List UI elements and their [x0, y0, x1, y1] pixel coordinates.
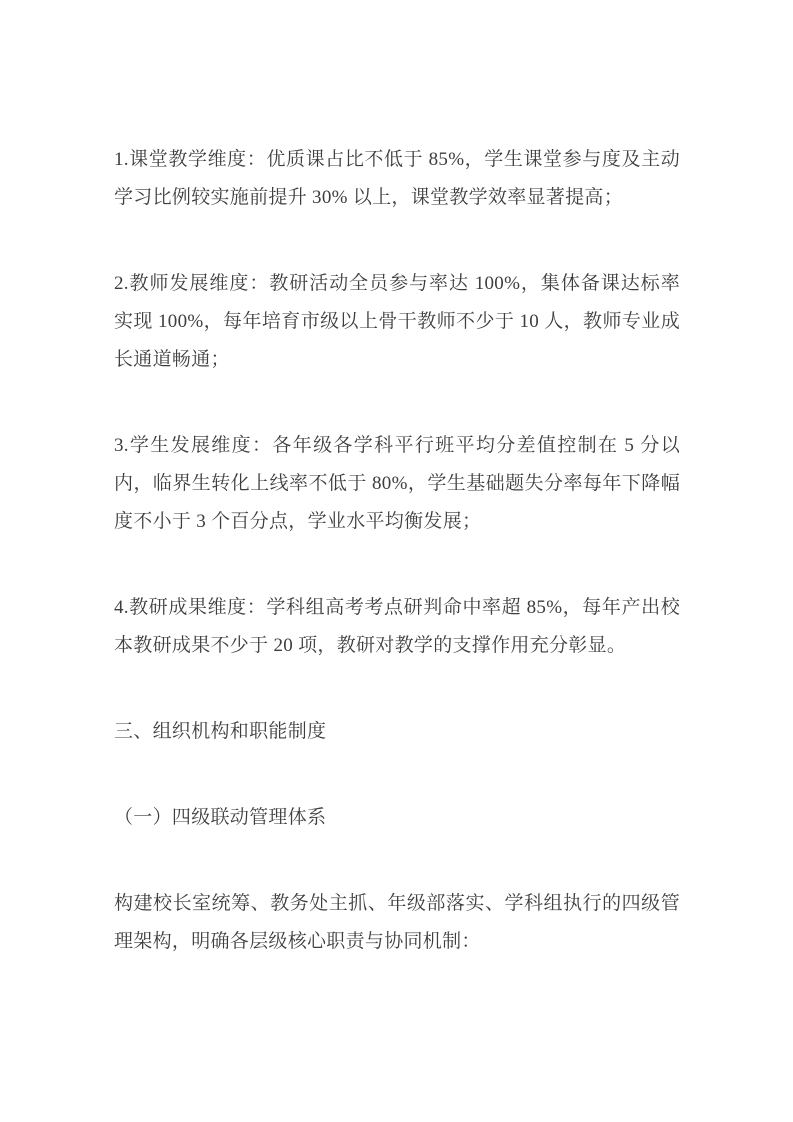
document-body: 1.课堂教学维度：优质课占比不低于 85%，学生课堂参与度及主动学习比例较实施前… [114, 141, 680, 961]
section-heading-organization: 三、组织机构和职能制度 [114, 713, 680, 751]
metric-paragraph-teacher-development: 2.教师发展维度：教研活动全员参与率达 100%，集体备课达标率实现 100%，… [114, 265, 680, 379]
metric-paragraph-research-outcomes: 4.教研成果维度：学科组高考考点研判命中率超 85%，每年产出校本教研成果不少于… [114, 589, 680, 665]
intro-paragraph-management-structure: 构建校长室统筹、教务处主抓、年级部落实、学科组执行的四级管理架构，明确各层级核心… [114, 885, 680, 961]
document-page: 1.课堂教学维度：优质课占比不低于 85%，学生课堂参与度及主动学习比例较实施前… [0, 0, 793, 1122]
metric-paragraph-classroom-teaching: 1.课堂教学维度：优质课占比不低于 85%，学生课堂参与度及主动学习比例较实施前… [114, 141, 680, 217]
subsection-heading-four-level-system: （一）四级联动管理体系 [114, 799, 680, 837]
metric-paragraph-student-development: 3.学生发展维度：各年级各学科平行班平均分差值控制在 5 分以内，临界生转化上线… [114, 427, 680, 541]
